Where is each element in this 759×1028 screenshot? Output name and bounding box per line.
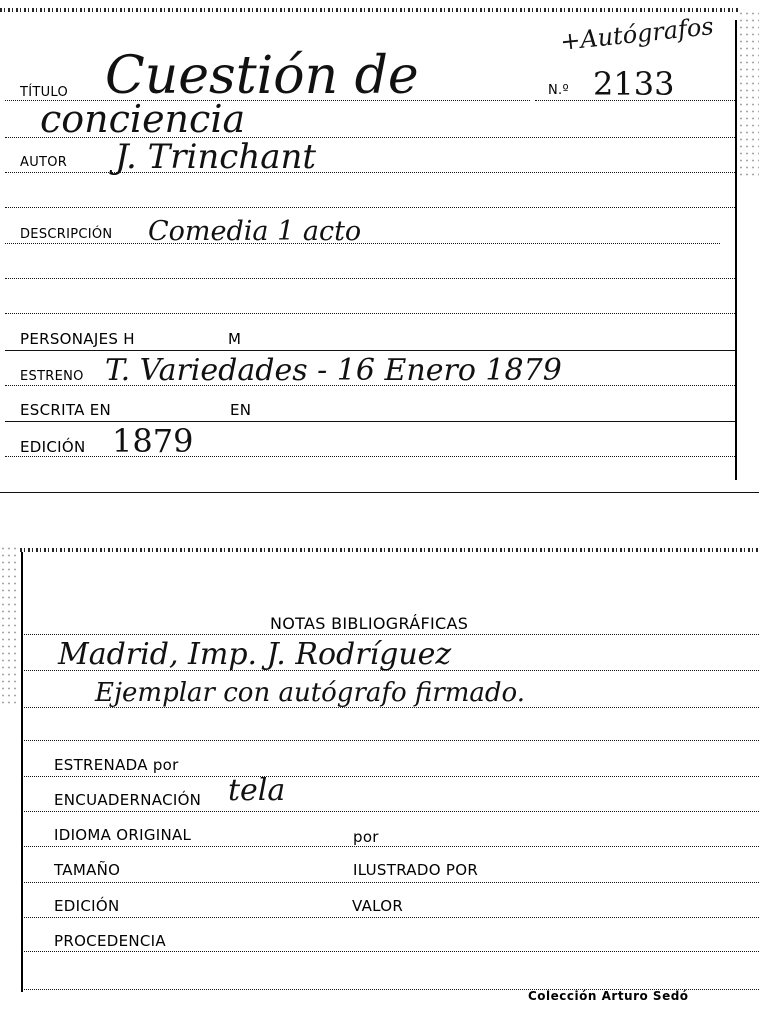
blank-rule-2 (5, 278, 735, 279)
edicion-rule (5, 456, 735, 457)
estreno-value: T. Variedades - 16 Enero 1879 (105, 356, 562, 386)
notas-rule-1 (22, 634, 759, 635)
idioma-rule (22, 846, 759, 847)
blank-rule-1 (5, 207, 735, 208)
edicion-label: EDICIÓN (20, 440, 85, 455)
notas-line2: Ejemplar con autógrafo firmado. (95, 680, 525, 706)
procedencia-rule (22, 951, 759, 952)
valor-label: VALOR (352, 899, 403, 914)
descripcion-value: Comedia 1 acto (148, 218, 361, 245)
autor-label: AUTOR (20, 156, 67, 169)
collection-footer: Colección Arturo Sedó (528, 989, 689, 1003)
notas-line1: Madrid, Imp. J. Rodríguez (58, 640, 451, 670)
corner-note: +Autógrafos (559, 14, 714, 54)
estrenada-por-label: ESTRENADA por (54, 758, 179, 773)
descripcion-label: DESCRIPCIÓN (20, 228, 112, 241)
tamano-rule (22, 882, 759, 883)
notas-rule-3 (22, 707, 759, 708)
escrita-en2-label: EN (230, 403, 251, 418)
personajes-m-label: M (228, 332, 241, 347)
estreno-rule (5, 385, 735, 386)
idioma-por-label: por (353, 830, 379, 845)
scan-noise (0, 545, 20, 705)
card-top-edge (20, 548, 759, 552)
catalog-card-back: NOTAS BIBLIOGRÁFICAS Madrid, Imp. J. Rod… (0, 540, 759, 1028)
autor-rule (5, 172, 735, 173)
procedencia-label: PROCEDENCIA (54, 934, 166, 949)
personajes-label: PERSONAJES H (20, 332, 135, 347)
encuadernacion-value: tela (228, 776, 285, 806)
estreno-label: ESTRENO (20, 370, 84, 383)
notas-rule-2 (22, 670, 759, 671)
numero-label: N.º (548, 84, 569, 97)
numero-rule (535, 100, 735, 101)
titulo-value-line2: conciencia (40, 100, 245, 138)
personajes-rule (5, 350, 735, 351)
autor-value: J. Trinchant (115, 140, 316, 174)
ilustrado-label: ILUSTRADO POR (353, 863, 478, 878)
blank-rule-3 (5, 313, 735, 314)
titulo-value-line1: Cuestión de (105, 50, 419, 102)
escrita-en-label: ESCRITA EN (20, 403, 111, 418)
edicion-value: 1879 (112, 425, 193, 457)
idioma-label: IDIOMA ORIGINAL (54, 828, 191, 843)
numero-value: 2133 (593, 68, 674, 100)
edicion-back-rule (22, 917, 759, 918)
scan-noise (738, 10, 759, 180)
card-top-edge (0, 8, 740, 12)
estrenada-rule (22, 776, 759, 777)
notas-heading: NOTAS BIBLIOGRÁFICAS (270, 616, 468, 632)
encuadernacion-rule (22, 811, 759, 812)
card-right-edge (735, 20, 737, 480)
card-bottom-edge (0, 492, 759, 493)
tamano-label: TAMAÑO (54, 863, 120, 878)
descripcion-rule (5, 243, 720, 244)
edicion-back-label: EDICIÓN (54, 899, 119, 914)
encuadernacion-label: ENCUADERNACIÓN (54, 793, 201, 808)
notas-rule-4 (22, 740, 759, 741)
catalog-card-front: +Autógrafos TÍTULO Cuestión de N.º 2133 … (0, 0, 759, 495)
card-left-edge (21, 552, 23, 992)
